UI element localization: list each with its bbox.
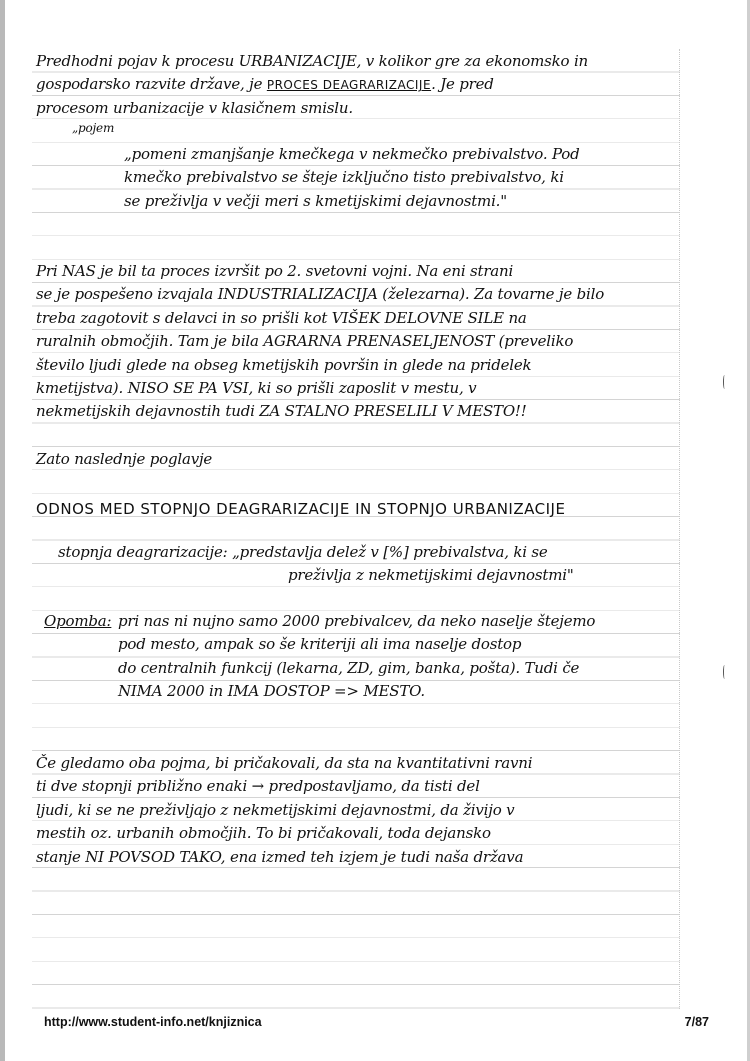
page-footer: http://www.student-info.net/knjiznica 7/… — [44, 1015, 709, 1029]
paragraph-history: Pri NAS je bil ta proces izvršit po 2. s… — [36, 260, 604, 424]
text-line: NIMA 2000 in IMA DOSTOP => MESTO. — [118, 680, 595, 703]
paragraph-intro: Predhodni pojav k procesu URBANIZACIJE, … — [36, 50, 588, 120]
text-line: stopnja deagrarizacije: „predstavlja del… — [58, 541, 574, 564]
text-line: Pri NAS je bil ta proces izvršit po 2. s… — [36, 260, 604, 283]
text-line: kmečko prebivalstvo se šteje izključno t… — [124, 166, 580, 189]
paragraph-transition: Zato naslednje poglavje — [36, 448, 212, 471]
margin-mark — [723, 375, 726, 389]
text-line: do centralnih funkcij (lekarna, ZD, gim,… — [118, 657, 595, 680]
text-line: ljudi, ki se ne preživljajo z nekmetijsk… — [36, 799, 532, 822]
text-line: pri nas ni nujno samo 2000 prebivalcev, … — [118, 610, 595, 633]
page-number: 7/87 — [685, 1015, 709, 1029]
text-line: nekmetijskih dejavnostih tudi ZA STALNO … — [36, 400, 604, 423]
text-line: procesom urbanizacije v klasičnem smislu… — [36, 97, 588, 120]
paragraph-note: pri nas ni nujno samo 2000 prebivalcev, … — [118, 610, 595, 704]
definition-label: „pojem — [72, 121, 114, 135]
footer-url-link[interactable]: http://www.student-info.net/knjiznica — [44, 1015, 262, 1029]
text-line: Predhodni pojav k procesu URBANIZACIJE, … — [36, 50, 588, 73]
text-line: se preživlja v večji meri s kmetijskimi … — [124, 190, 580, 213]
text-line: preživlja z nekmetijskimi dejavnostmi" — [58, 564, 574, 587]
text-line: ti dve stopnji približno enaki → predpos… — [36, 775, 532, 798]
text-line: gospodarsko razvite države, je PROCES DE… — [36, 73, 588, 96]
text-line: pod mesto, ampak so še kriteriji ali ima… — [118, 633, 595, 656]
text-line: kmetijstva). NISO SE PA VSI, ki so prišl… — [36, 377, 604, 400]
text-line: se je pospešeno izvajala INDUSTRIALIZACI… — [36, 283, 604, 306]
scan-left-edge — [0, 0, 5, 1061]
paragraph-definition: „pomeni zmanjšanje kmečkega v nekmečko p… — [124, 143, 580, 213]
text-line: treba zagotovit s delavci in so prišli k… — [36, 307, 604, 330]
heading-text: ODNOS MED STOPNJO DEAGRARIZACIJE IN STOP… — [36, 498, 565, 521]
text-line: „pomeni zmanjšanje kmečkega v nekmečko p… — [124, 143, 580, 166]
text-line: število ljudi glede na obseg kmetijskih … — [36, 354, 604, 377]
paragraph-degree-definition: stopnja deagrarizacije: „predstavlja del… — [58, 541, 574, 588]
section-heading: ODNOS MED STOPNJO DEAGRARIZACIJE IN STOP… — [36, 498, 565, 521]
text-line: Zato naslednje poglavje — [36, 448, 212, 471]
text-line: stanje NI POVSOD TAKO, ena izmed teh izj… — [36, 846, 532, 869]
text-line: Če gledamo oba pojma, bi pričakovali, da… — [36, 752, 532, 775]
paragraph-conclusion: Če gledamo oba pojma, bi pričakovali, da… — [36, 752, 532, 869]
note-label: Opomba: — [44, 610, 111, 633]
margin-mark — [723, 665, 726, 679]
text-line: mestih oz. urbanih območjih. To bi priča… — [36, 822, 532, 845]
text-line: ruralnih območjih. Tam je bila AGRARNA P… — [36, 330, 604, 353]
highlighted-term: PROCES DEAGRARIZACIJE — [267, 78, 431, 92]
